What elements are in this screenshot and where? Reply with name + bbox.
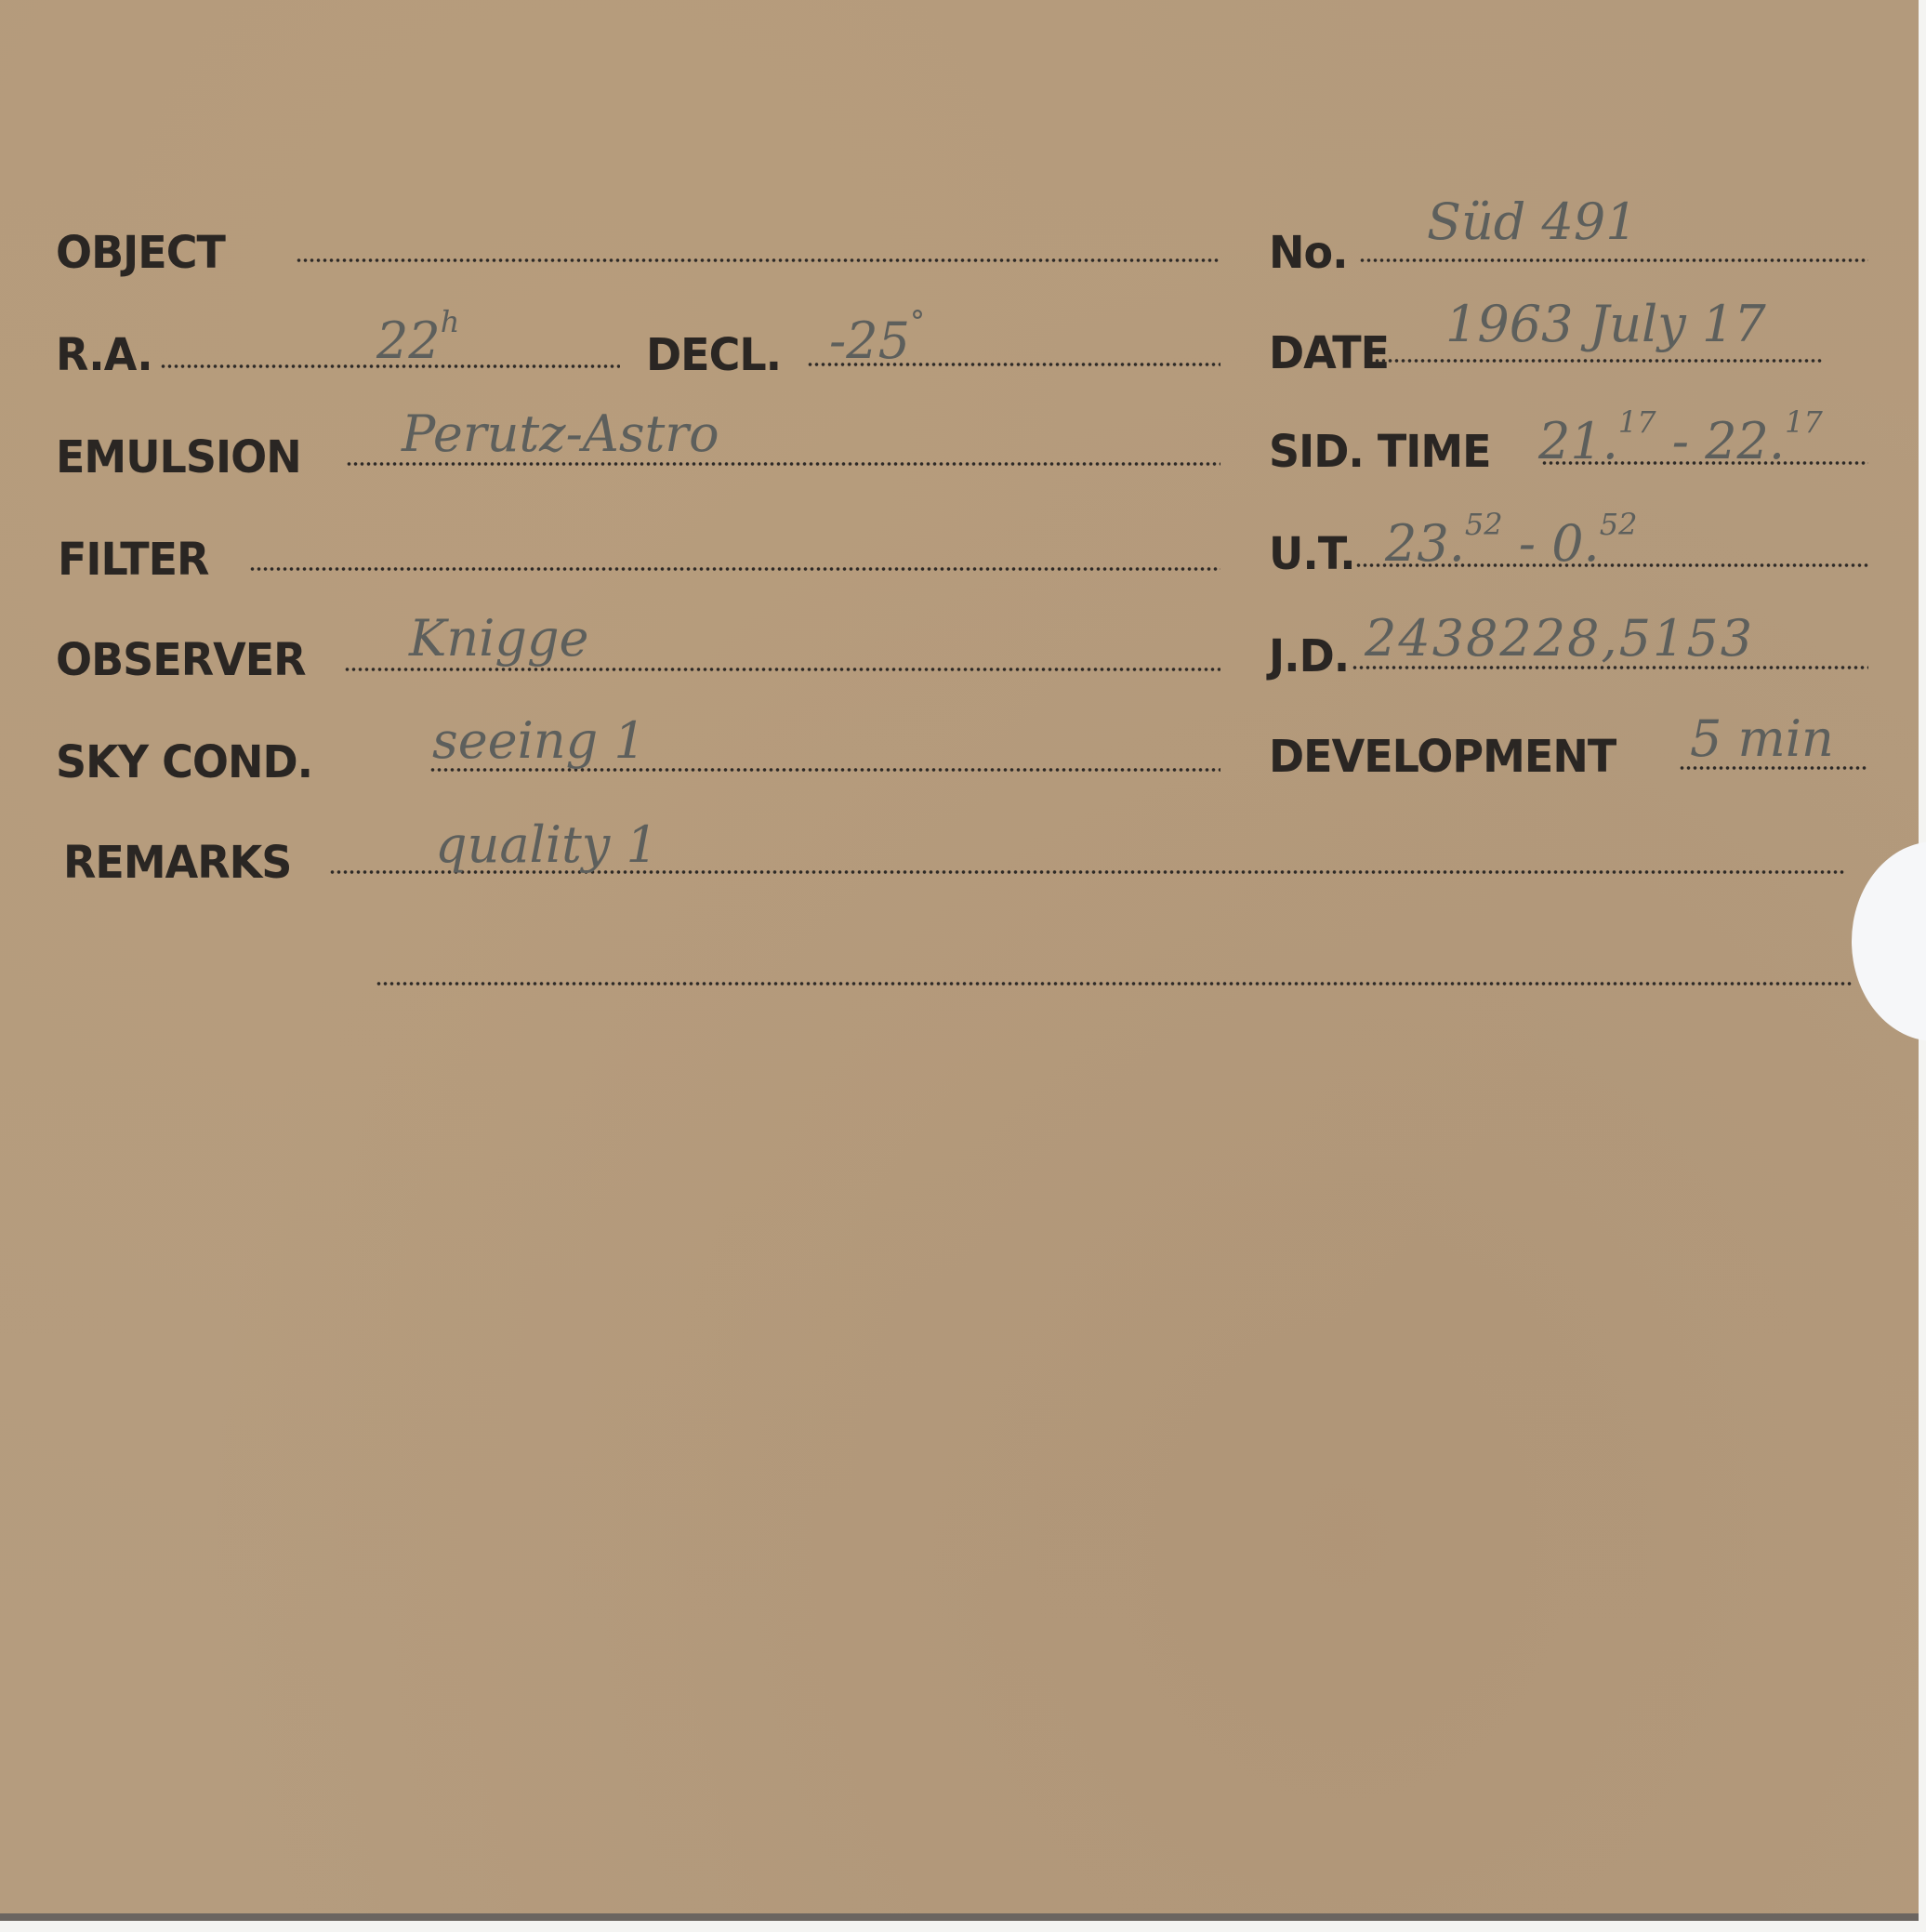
- no-value: Süd 491: [1427, 197, 1638, 247]
- sid-time-value: 21.17 - 22.17: [1538, 407, 1823, 467]
- decl-label: DECL.: [646, 332, 781, 377]
- remarks-field-line-2[interactable]: [376, 982, 1853, 986]
- remarks-value: quality 1: [435, 820, 658, 870]
- emulsion-label: EMULSION: [56, 434, 301, 479]
- emulsion-value: Perutz-Astro: [402, 409, 719, 459]
- object-label: OBJECT: [56, 230, 225, 274]
- observer-value: Knigge: [409, 614, 588, 664]
- sky-cond-value: seeing 1: [432, 716, 646, 766]
- filter-label: FILTER: [58, 536, 208, 581]
- jd-value: 2438228,5153: [1365, 614, 1754, 664]
- remarks-label: REMARKS: [63, 840, 291, 884]
- sky-cond-label: SKY COND.: [56, 739, 312, 784]
- filter-field-line[interactable]: [249, 567, 1220, 571]
- no-field-line[interactable]: [1359, 258, 1868, 262]
- development-label: DEVELOPMENT: [1269, 734, 1616, 778]
- ra-label: R.A.: [56, 332, 152, 377]
- observer-field-line[interactable]: [344, 668, 1220, 671]
- decl-value: -25°: [829, 307, 925, 366]
- date-label: DATE: [1269, 330, 1389, 375]
- object-field-line[interactable]: [296, 258, 1220, 262]
- development-value: 5 min: [1690, 714, 1834, 764]
- date-field-line[interactable]: [1374, 359, 1822, 363]
- observer-label: OBSERVER: [56, 637, 306, 681]
- plate-envelope: OBJECT R.A. 22h DECL. -25° EMULSION Peru…: [0, 0, 1919, 1921]
- ut-label: U.T.: [1269, 531, 1355, 576]
- no-label: No.: [1269, 230, 1348, 274]
- ra-value: 22h: [376, 307, 459, 366]
- sid-time-label: SID. TIME: [1269, 429, 1491, 473]
- date-value: 1963 July 17: [1445, 299, 1766, 350]
- jd-label: J.D.: [1269, 633, 1349, 678]
- ut-value: 23.52 - 0.52: [1385, 509, 1637, 569]
